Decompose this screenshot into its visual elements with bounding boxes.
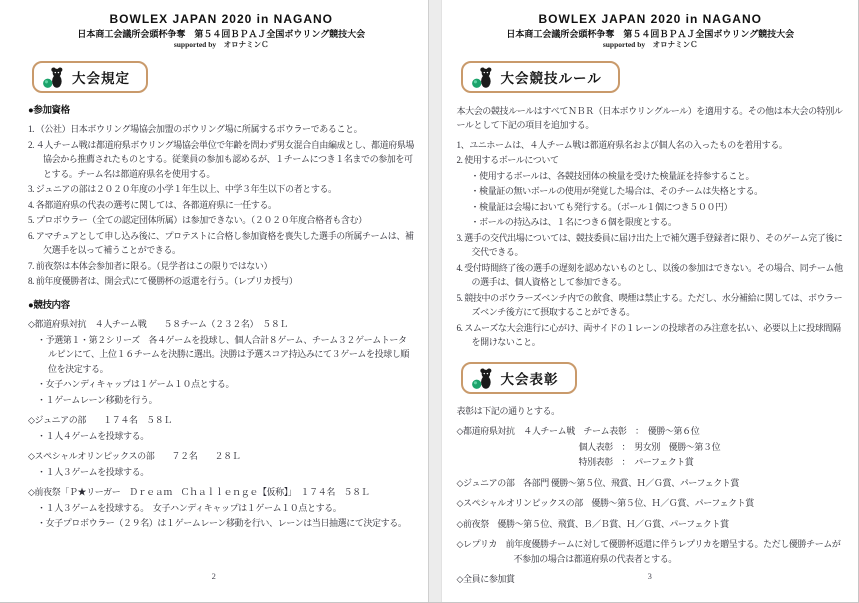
participation-item: 5. プロボウラー（全ての認定団体所属）は参加できない。（２０２０年度合格者も含… — [28, 213, 415, 228]
event-subtitle: 日本商工会議所会頭杯争奪 第５４回ＢＰＡＪ全国ボウリング競技大会 — [457, 29, 845, 39]
event-sponsor: supported by オロナミンＣ — [457, 41, 845, 50]
rule-line: 3. 選手の交代出場については、競技委員に届け出た上で補欠選手登録者に限り、その… — [457, 231, 845, 260]
participation-item: 6. アマチュアとして申し込み後に、プロテストに合格し参加資格を喪失した選手の所… — [28, 229, 415, 258]
award-line: ◇前夜祭 優勝～第５位、飛賞、Ｂ／Ｂ賞、Ｈ／Ｇ賞、パーフェクト賞 — [457, 517, 845, 532]
award-line: 個人表彰 ： 男女別 優勝～第３位 — [579, 440, 845, 455]
rule-line: ・検量証の無いボールの使用が発覚した場合は、そのチームは失格とする。 — [471, 184, 845, 199]
participation-item: 2. ４人チーム戦は都道府県ボウリング場協会単位で年齢を問わず男女混合自由編成と… — [28, 138, 415, 182]
rule-line: 6. スムーズな大会進行に心がけ、両サイドの１レーンの投球者のみ注意を払い、必要… — [457, 321, 845, 350]
competition-heading: ●競技内容 — [28, 299, 415, 314]
participation-item: 4. 各都道府県の代表の選考に関しては、各都道府県に一任する。 — [28, 198, 415, 213]
section-title-rules: 大会競技ルール — [501, 67, 602, 87]
participation-item: 3. ジュニアの部は２０２０年度の小学１年生以上、中学３年生以下の者とする。 — [28, 182, 415, 197]
section-badge-awards: 大会表彰 — [461, 362, 577, 394]
participation-list: 1. （公社）日本ボウリング場協会加盟のボウリング場に所属するボウラーであること… — [28, 122, 415, 289]
bear-mascot-icon — [471, 366, 495, 390]
page-number-right: 3 — [442, 571, 859, 581]
participation-heading: ●参加資格 — [28, 104, 415, 119]
page-2: BOWLEX JAPAN 2020 in NAGANO 日本商工会議所会頭杯争奪… — [0, 0, 428, 603]
page-header: BOWLEX JAPAN 2020 in NAGANO 日本商工会議所会頭杯争奪… — [457, 13, 845, 50]
rule-line: ・使用するボールは、各競技団体の検量を受けた検量証を持参すること。 — [471, 169, 845, 184]
event-subtitle: 日本商工会議所会頭杯争奪 第５４回ＢＰＡＪ全国ボウリング競技大会 — [28, 29, 415, 39]
award-line: ◇都道府県対抗 ４人チーム戦 チーム表彰 ： 優勝～第６位 — [457, 424, 845, 439]
bear-mascot-icon — [471, 65, 495, 89]
rule-line: 1、ユニホームは、４人チーム戦は都道府県名および個人名の入ったものを着用する。 — [457, 138, 845, 153]
rule-line: 5. 競技中のボウラーズベンチ内での飲食、喫煙は禁止する。ただし、水分補給に関し… — [457, 291, 845, 320]
award-line: ◇ジュニアの部 各部門 優勝～第５位、飛賞、Ｈ／Ｇ賞、パーフェクト賞 — [457, 476, 845, 491]
competition-line: ・１ゲームレーン移動を行う。 — [37, 393, 415, 408]
event-title: BOWLEX JAPAN 2020 in NAGANO — [457, 13, 845, 27]
section-title-awards: 大会表彰 — [501, 368, 559, 388]
competition-line: ・１人３ゲームを投球する。 女子ハンディキャップは１ゲーム１０点とする。 — [37, 501, 415, 516]
section-title-regulations: 大会規定 — [72, 67, 130, 87]
rule-line: 4. 受付時間終了後の選手の遅刻を認めないものとし、以後の参加はできない。その場… — [457, 261, 845, 290]
page-3: BOWLEX JAPAN 2020 in NAGANO 日本商工会議所会頭杯争奪… — [442, 0, 859, 603]
bear-mascot-icon — [42, 65, 66, 89]
competition-line: ・１人３ゲームを投球する。 — [37, 465, 415, 480]
competition-line: ・予選第１・第２シリーズ 各４ゲームを投球し、個人合計８ゲーム、チーム３２ゲーム… — [37, 333, 415, 377]
section-badge-regulations: 大会規定 — [32, 61, 148, 93]
participation-item: 1. （公社）日本ボウリング場協会加盟のボウリング場に所属するボウラーであること… — [28, 122, 415, 137]
rule-line: ・ボールの持込みは、１名につき６個を限度とする。 — [471, 215, 845, 230]
competition-line: ◇前夜祭「Ｐ★リーガー Ｄｒｅａｍ Ｃｈａｌｌｅｎｇｅ【仮称】」 １７４名 ５８… — [28, 485, 415, 500]
competition-line: ・１人４ゲームを投球する。 — [37, 429, 415, 444]
competition-line: ・女子プロボウラー（２９名）は１ゲームレーン移動を行い、レーンは当日抽選にて決定… — [37, 516, 415, 531]
competition-list: ◇都道府県対抗 ４人チーム戦 ５８チーム（２３２名） ５８Ｌ・予選第１・第２シリ… — [28, 317, 415, 531]
page-gutter — [428, 0, 442, 602]
page-number-left: 2 — [0, 571, 428, 581]
awards-intro: 表彰は下記の通りとする。 — [457, 404, 845, 419]
rules-intro: 本大会の競技ルールはすべてＮＢＲ（日本ボウリングルール）を適用する。その他は本大… — [457, 104, 845, 133]
rules-list: 1、ユニホームは、４人チーム戦は都道府県名および個人名の入ったものを着用する。2… — [457, 138, 845, 350]
rule-line: 2. 使用するボールについて — [457, 153, 845, 168]
event-title: BOWLEX JAPAN 2020 in NAGANO — [28, 13, 415, 27]
document-spread: BOWLEX JAPAN 2020 in NAGANO 日本商工会議所会頭杯争奪… — [0, 0, 859, 603]
competition-line: ◇都道府県対抗 ４人チーム戦 ５８チーム（２３２名） ５８Ｌ — [28, 317, 415, 332]
award-line: 特別表彰 ： パーフェクト賞 — [579, 455, 845, 470]
competition-line: ◇スペシャルオリンピックスの部 ７２名 ２８Ｌ — [28, 449, 415, 464]
award-line: ◇レプリカ 前年度優勝チームに対して優勝杯返還に伴うレプリカを贈呈する。ただし優… — [457, 537, 845, 566]
participation-item: 7. 前夜祭は本体会参加者に限る。（見学者はこの限りではない） — [28, 259, 415, 274]
event-sponsor: supported by オロナミンＣ — [28, 41, 415, 50]
award-line: ◇スペシャルオリンピックスの部 優勝～第５位、Ｈ／Ｇ賞、パーフェクト賞 — [457, 496, 845, 511]
page-header: BOWLEX JAPAN 2020 in NAGANO 日本商工会議所会頭杯争奪… — [28, 13, 415, 50]
rule-line: ・検量証は会場においても発行する。（ボール１個につき５００円） — [471, 200, 845, 215]
competition-line: ・女子ハンディキャップは１ゲーム１０点とする。 — [37, 377, 415, 392]
section-badge-rules: 大会競技ルール — [461, 61, 620, 93]
competition-line: ◇ジュニアの部 １７４名 ５８Ｌ — [28, 413, 415, 428]
awards-list: ◇都道府県対抗 ４人チーム戦 チーム表彰 ： 優勝～第６位個人表彰 ： 男女別 … — [457, 424, 845, 587]
participation-item: 8. 前年度優勝者は、開会式にて優勝杯の返還を行う。（レプリカ授与） — [28, 274, 415, 289]
